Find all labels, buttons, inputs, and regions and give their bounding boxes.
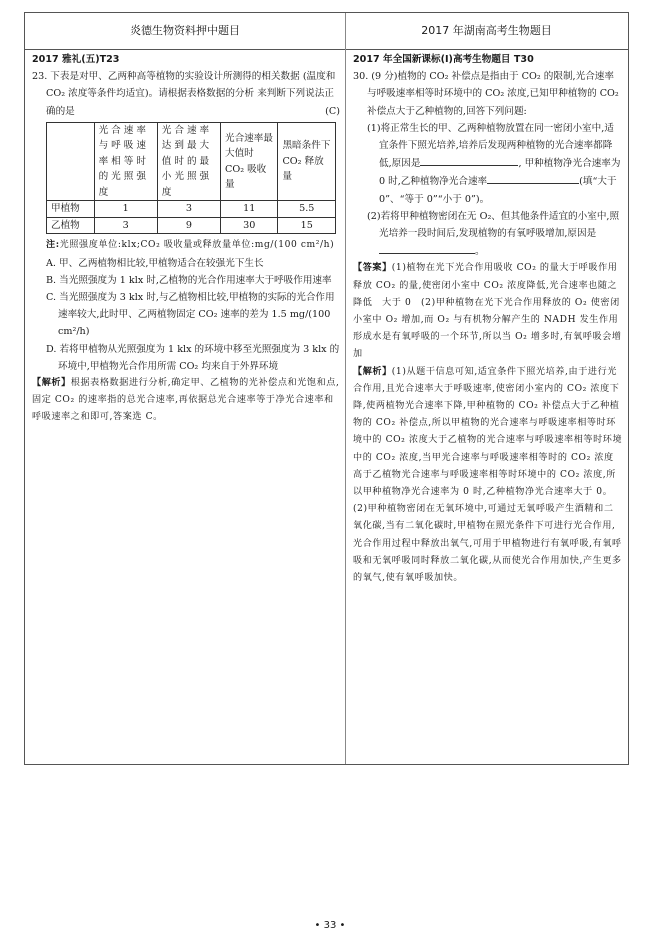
right-column-title: 2017 年湖南高考生物题目 xyxy=(345,13,628,49)
comparison-table-frame: 炎德生物资料押中题目 2017 年湖南高考生物题目 2017 雅礼(五)T23 … xyxy=(24,12,629,765)
question-stem: 23. 下表是对甲、乙两种高等植物的实验设计所测得的相关数据 (温度和 CO₂ … xyxy=(32,68,340,120)
punctuation: , xyxy=(518,158,521,169)
page-number: • 33 • xyxy=(0,920,660,931)
option-a: A. 甲、乙两植物相比较,甲植物适合在较强光下生长 xyxy=(32,255,340,272)
option-label: C. xyxy=(46,292,56,303)
right-analysis: 【解析】(1)从题干信息可知,适宜条件下照光培养,由于进行光合作用,且光合速率大… xyxy=(353,364,623,502)
table-row: 甲植物 1 3 11 5.5 xyxy=(47,201,336,218)
table-note: 注:光照强度单位:klx;CO₂ 吸收量或释放量单位:mg/(100 cm²/h… xyxy=(32,236,340,254)
table-header-cell: 光合速率与呼吸速率相等时的光照强度 xyxy=(94,122,157,201)
table-header-cell: 黑暗条件下 CO₂ 释放量 xyxy=(278,122,336,201)
table-cell: 9 xyxy=(157,217,220,234)
column-divider xyxy=(345,13,346,764)
table-header-cell: 光合速率达到最大值时的最小光照强度 xyxy=(157,122,220,201)
option-text: 当光照强度为 3 klx 时,与乙植物相比较,甲植物的实际的光合作用速率较大,此… xyxy=(58,292,335,337)
table-cell: 30 xyxy=(220,217,277,234)
sub-question-2: (2)若将甲种植物密闭在无 O₂、但其他条件适宜的小室中,照光培养一段时间后,发… xyxy=(353,208,623,261)
right-answer: 【答案】(1)植物在光下光合作用吸收 CO₂ 的量大于呼吸作用释放 CO₂ 的量… xyxy=(353,260,623,363)
analysis-text: (1)从题干信息可知,适宜条件下照光培养,由于进行光合作用,且光合速率大于呼吸速… xyxy=(353,367,622,497)
option-label: D. xyxy=(46,344,56,355)
table-header-cell: 光合速率最大值时 CO₂ 吸收量 xyxy=(220,122,277,201)
option-label: A. xyxy=(46,258,56,269)
option-text: 当光照强度为 1 klx 时,乙植物的光合作用速率大于呼吸作用速率 xyxy=(59,275,331,286)
analysis-tag: 【解析】 xyxy=(32,378,71,388)
analysis-tag: 【解析】 xyxy=(353,367,392,377)
option-c: C. 当光照强度为 3 klx 时,与乙植物相比较,甲植物的实际的光合作用速率较… xyxy=(32,289,340,341)
row-label: 甲植物 xyxy=(47,201,95,218)
answer-tag: 【答案】 xyxy=(353,263,392,273)
left-source: 2017 雅礼(五)T23 xyxy=(32,51,340,68)
option-text: 甲、乙两植物相比较,甲植物适合在较强光下生长 xyxy=(59,258,264,269)
table-cell: 3 xyxy=(94,217,157,234)
table-header-cell xyxy=(47,122,95,201)
table-row: 乙植物 3 9 30 15 xyxy=(47,217,336,234)
answer-blank[interactable] xyxy=(379,242,475,254)
analysis-text: 根据表格数据进行分析,确定甲、乙植物的光补偿点和光饱和点,固定 CO₂ 的速率指… xyxy=(32,378,340,422)
header-row: 炎德生物资料押中题目 2017 年湖南高考生物题目 xyxy=(25,13,628,50)
question-stem: 30. (9 分)植物的 CO₂ 补偿点是指由于 CO₂ 的限制,光合速率与呼吸… xyxy=(353,68,623,120)
left-column-title: 炎德生物资料押中题目 xyxy=(25,13,345,49)
table-cell: 11 xyxy=(220,201,277,218)
option-label: B. xyxy=(46,275,56,286)
answer-text: (1)植物在光下光合作用吸收 CO₂ 的量大于呼吸作用释放 CO₂ 的量,使密闭… xyxy=(353,263,622,359)
note-label: 注: xyxy=(46,239,60,250)
answer-blank[interactable] xyxy=(420,154,518,166)
row-label: 乙植物 xyxy=(47,217,95,234)
right-source: 2017 年全国新课标(Ⅰ)高考生物题目 T30 xyxy=(353,51,623,68)
sub-question-2-text: (2)若将甲种植物密闭在无 O₂、但其他条件适宜的小室中,照光培养一段时间后,发… xyxy=(367,211,619,239)
option-d: D. 若将甲植物从光照强度为 1 klx 的环境中移至光照强度为 3 klx 的… xyxy=(32,341,340,375)
table-cell: 3 xyxy=(157,201,220,218)
table-cell: 15 xyxy=(278,217,336,234)
option-b: B. 当光照强度为 1 klx 时,乙植物的光合作用速率大于呼吸作用速率 xyxy=(32,272,340,289)
left-column: 2017 雅礼(五)T23 23. 下表是对甲、乙两种高等植物的实验设计所测得的… xyxy=(32,51,340,427)
table-cell: 1 xyxy=(94,201,157,218)
right-analysis-part2: (2)甲种植物密闭在无氧环境中,可通过无氧呼吸产生酒精和二氧化碳,当有二氧化碳时… xyxy=(353,501,623,587)
right-column: 2017 年全国新课标(Ⅰ)高考生物题目 T30 30. (9 分)植物的 CO… xyxy=(353,51,623,587)
table-header-row: 光合速率与呼吸速率相等时的光照强度 光合速率达到最大值时的最小光照强度 光合速率… xyxy=(47,122,336,201)
punctuation: 。 xyxy=(475,246,485,257)
answer-mark: (C) xyxy=(339,103,340,120)
sub-question-1: (1)将正常生长的甲、乙两种植物放置在同一密闭小室中,适宜条件下照光培养,培养后… xyxy=(353,120,623,208)
question-line-1: 23. 下表是对甲、乙两种高等植物的实验设计所测得的相关数据 xyxy=(32,71,300,82)
table-cell: 5.5 xyxy=(278,201,336,218)
data-table: 光合速率与呼吸速率相等时的光照强度 光合速率达到最大值时的最小光照强度 光合速率… xyxy=(46,122,336,235)
option-text: 若将甲植物从光照强度为 1 klx 的环境中移至光照强度为 3 klx 的环境中… xyxy=(58,344,339,372)
answer-blank[interactable] xyxy=(487,172,579,184)
note-text: 光照强度单位:klx;CO₂ 吸收量或释放量单位:mg/(100 cm²/h) xyxy=(60,240,335,250)
left-analysis: 【解析】根据表格数据进行分析,确定甲、乙植物的光补偿点和光饱和点,固定 CO₂ … xyxy=(32,375,340,427)
